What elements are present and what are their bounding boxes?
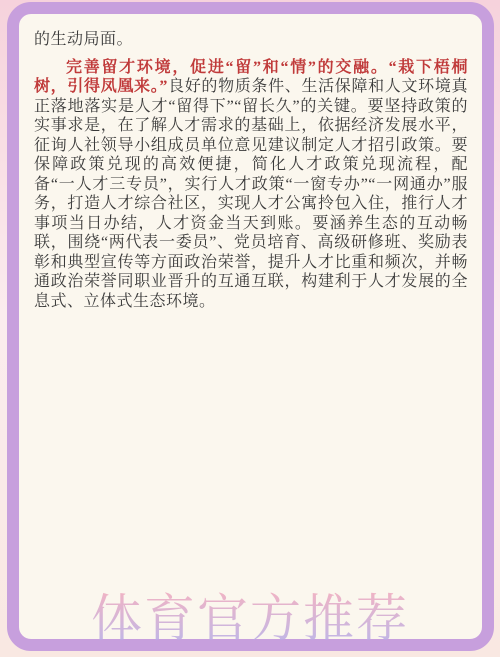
paragraph-body: 良好的物质条件、生活保障和人文环境真正落地落实是人才“留得下”“留长久”的关键。…	[34, 78, 468, 310]
article-text: 的生动局面。 完善留才环境，促进“留”和“情”的交融。“栽下梧桐树，引得凤凰来。…	[34, 30, 468, 311]
paragraph-main: 完善留才环境，促进“留”和“情”的交融。“栽下梧桐树，引得凤凰来。”良好的物质条…	[34, 58, 468, 312]
paragraph-tail: 的生动局面。	[34, 30, 468, 50]
